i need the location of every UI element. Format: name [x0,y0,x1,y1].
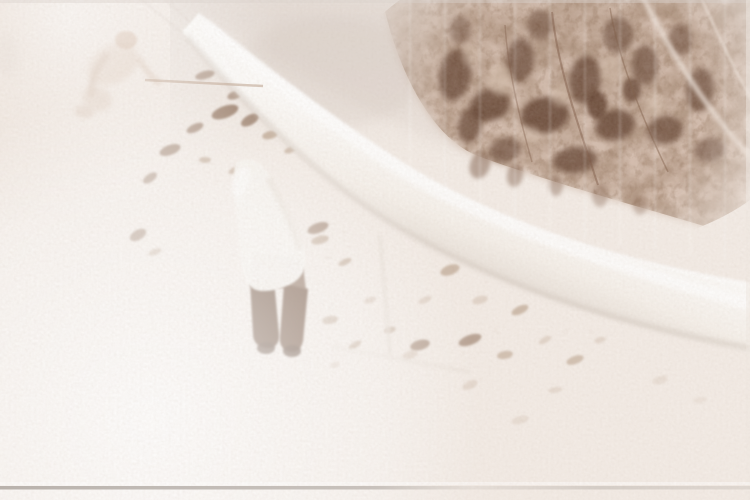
film-grain [0,0,750,500]
faded-photograph [0,0,750,500]
